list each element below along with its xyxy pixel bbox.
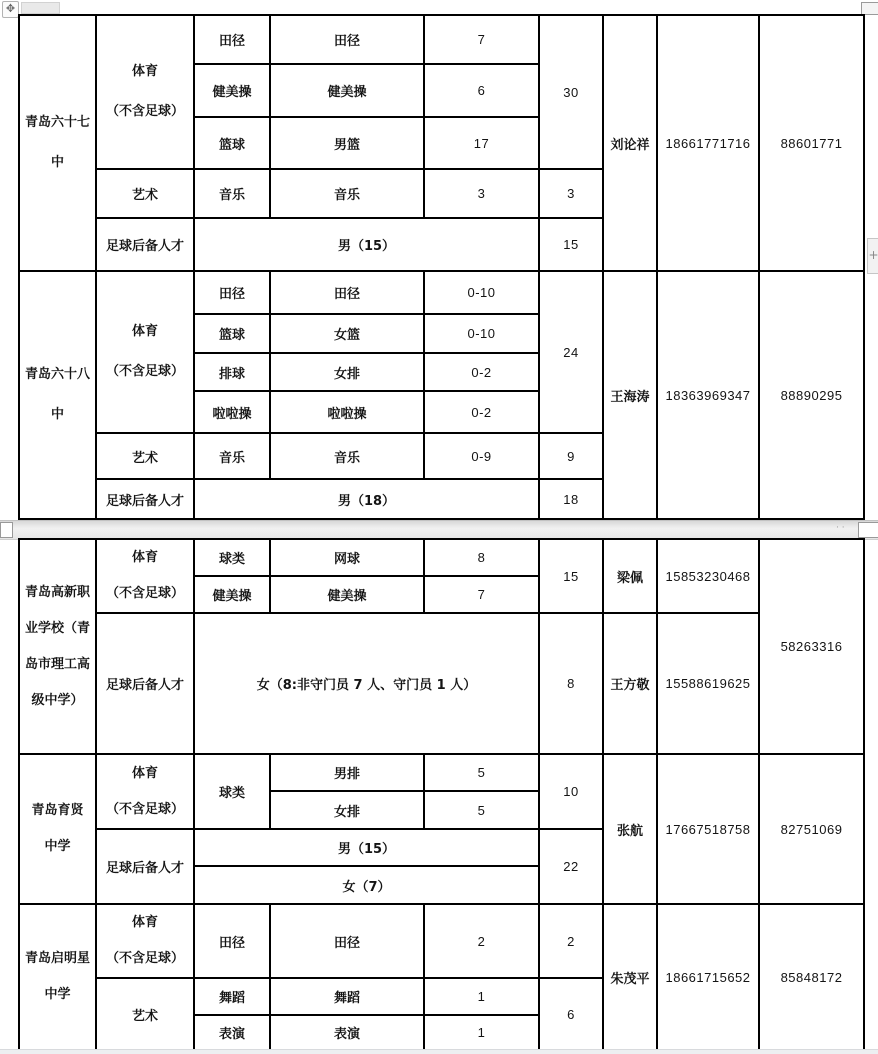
total-cell: 24	[539, 271, 603, 433]
subitem-cell: 健美操	[270, 576, 424, 613]
school-name: 青岛启明星 中学	[19, 904, 96, 1050]
contact-name-cell: 梁佩	[603, 539, 657, 613]
contact-name-cell: 刘论祥	[603, 15, 657, 271]
subitem-cell: 田径	[270, 271, 424, 314]
subitem-cell: 表演	[270, 1015, 424, 1050]
mobile-cell: 15853230468	[657, 539, 759, 613]
count-cell: 8	[424, 539, 539, 576]
football-detail-cell: 男（15）	[194, 829, 539, 866]
total-cell: 8	[539, 613, 603, 754]
total-cell: 10	[539, 754, 603, 829]
ruler-fragment	[21, 2, 60, 14]
subitem-cell: 女排	[270, 353, 424, 391]
count-cell: 0-2	[424, 391, 539, 433]
item-cell: 篮球	[194, 314, 270, 353]
total-cell: 3	[539, 169, 603, 218]
count-cell: 0-2	[424, 353, 539, 391]
total-cell: 30	[539, 15, 603, 169]
office-phone-cell: 82751069	[759, 754, 864, 904]
count-cell: 5	[424, 754, 539, 791]
page-edge-left-box	[0, 522, 13, 538]
category-cell: 艺术	[96, 978, 194, 1050]
count-cell: 7	[424, 576, 539, 613]
subitem-cell: 男排	[270, 754, 424, 791]
subitem-cell: 音乐	[270, 169, 424, 218]
office-phone-cell: 85848172	[759, 904, 864, 1050]
school-name: 青岛六十八 中	[19, 271, 96, 519]
mobile-cell: 15588619625	[657, 613, 759, 754]
category-cell: 体育 （不含足球）	[96, 904, 194, 978]
football-detail-cell: 女（8:非守门员 7 人、守门员 1 人）	[194, 613, 539, 754]
subitem-cell: 男篮	[270, 117, 424, 169]
school-name: 青岛育贤 中学	[19, 754, 96, 904]
subitem-cell: 啦啦操	[270, 391, 424, 433]
contact-name-cell: 王方敬	[603, 613, 657, 754]
category-cell: 体育 （不含足球）	[96, 539, 194, 613]
count-cell: 2	[424, 904, 539, 978]
office-phone-cell: 88890295	[759, 271, 864, 519]
office-phone-cell: 88601771	[759, 15, 864, 271]
category-cell: 足球后备人才	[96, 829, 194, 904]
subitem-cell: 田径	[270, 15, 424, 64]
subitem-cell: 音乐	[270, 433, 424, 479]
total-cell: 15	[539, 218, 603, 271]
football-detail-cell: 男（15）	[194, 218, 539, 271]
football-detail-cell: 女（7）	[194, 866, 539, 904]
subitem-cell: 女排	[270, 791, 424, 829]
subitem-cell: 健美操	[270, 64, 424, 117]
total-cell: 15	[539, 539, 603, 613]
count-cell: 5	[424, 791, 539, 829]
office-phone-cell: 58263316	[759, 539, 864, 754]
item-cell: 健美操	[194, 64, 270, 117]
page-edge-right-box	[858, 522, 878, 538]
item-cell: 舞蹈	[194, 978, 270, 1015]
category-cell: 足球后备人才	[96, 218, 194, 271]
school-name: 青岛六十七 中	[19, 15, 96, 271]
subitem-cell: 舞蹈	[270, 978, 424, 1015]
enrollment-table-page2: 青岛高新职 业学校（青 岛市理工高 级中学） 体育 （不含足球） 球类 网球 8…	[18, 538, 865, 1051]
mobile-cell: 18661715652	[657, 904, 759, 1050]
item-cell: 啦啦操	[194, 391, 270, 433]
count-cell: 6	[424, 64, 539, 117]
category-cell: 足球后备人才	[96, 613, 194, 754]
count-cell: 17	[424, 117, 539, 169]
mobile-cell: 18661771716	[657, 15, 759, 271]
enrollment-table-page1: 青岛六十七 中 体育 （不含足球） 田径 田径 7 30 刘论祥 1866177…	[18, 14, 865, 520]
total-cell: 9	[539, 433, 603, 479]
item-cell: 田径	[194, 271, 270, 314]
category-cell: 体育 （不含足球）	[96, 15, 194, 169]
count-cell: 1	[424, 1015, 539, 1050]
mobile-cell: 18363969347	[657, 271, 759, 519]
item-cell: 球类	[194, 754, 270, 829]
item-cell: 球类	[194, 539, 270, 576]
total-cell: 2	[539, 904, 603, 978]
bottom-strip	[0, 1049, 878, 1054]
item-cell: 排球	[194, 353, 270, 391]
count-cell: 7	[424, 15, 539, 64]
school-name: 青岛高新职 业学校（青 岛市理工高 级中学）	[19, 539, 96, 754]
contact-name-cell: 张航	[603, 754, 657, 904]
count-cell: 1	[424, 978, 539, 1015]
category-cell: 艺术	[96, 169, 194, 218]
count-cell: 0-10	[424, 314, 539, 353]
subitem-cell: 网球	[270, 539, 424, 576]
category-cell: 体育 （不含足球）	[96, 754, 194, 829]
word-document-view: { "chrome": { "move_handle": "✥", "plus"…	[0, 0, 878, 1054]
category-cell: 体育 （不含足球）	[96, 271, 194, 433]
mobile-cell: 17667518758	[657, 754, 759, 904]
item-cell: 音乐	[194, 169, 270, 218]
page-gap-dots: · ·	[836, 527, 850, 530]
total-cell: 22	[539, 829, 603, 904]
scrollbar-plus-button[interactable]: +	[867, 238, 878, 274]
contact-name-cell: 朱茂平	[603, 904, 657, 1050]
page-break-gap	[0, 520, 878, 540]
item-cell: 音乐	[194, 433, 270, 479]
count-cell: 3	[424, 169, 539, 218]
contact-name-cell: 王海涛	[603, 271, 657, 519]
total-cell: 6	[539, 978, 603, 1050]
total-cell: 18	[539, 479, 603, 519]
subitem-cell: 田径	[270, 904, 424, 978]
item-cell: 健美操	[194, 576, 270, 613]
football-detail-cell: 男（18）	[194, 479, 539, 519]
item-cell: 表演	[194, 1015, 270, 1050]
category-cell: 足球后备人才	[96, 479, 194, 519]
subitem-cell: 女篮	[270, 314, 424, 353]
table-move-handle-icon[interactable]: ✥	[2, 1, 19, 18]
item-cell: 篮球	[194, 117, 270, 169]
category-cell: 艺术	[96, 433, 194, 479]
item-cell: 田径	[194, 15, 270, 64]
count-cell: 0-9	[424, 433, 539, 479]
count-cell: 0-10	[424, 271, 539, 314]
item-cell: 田径	[194, 904, 270, 978]
